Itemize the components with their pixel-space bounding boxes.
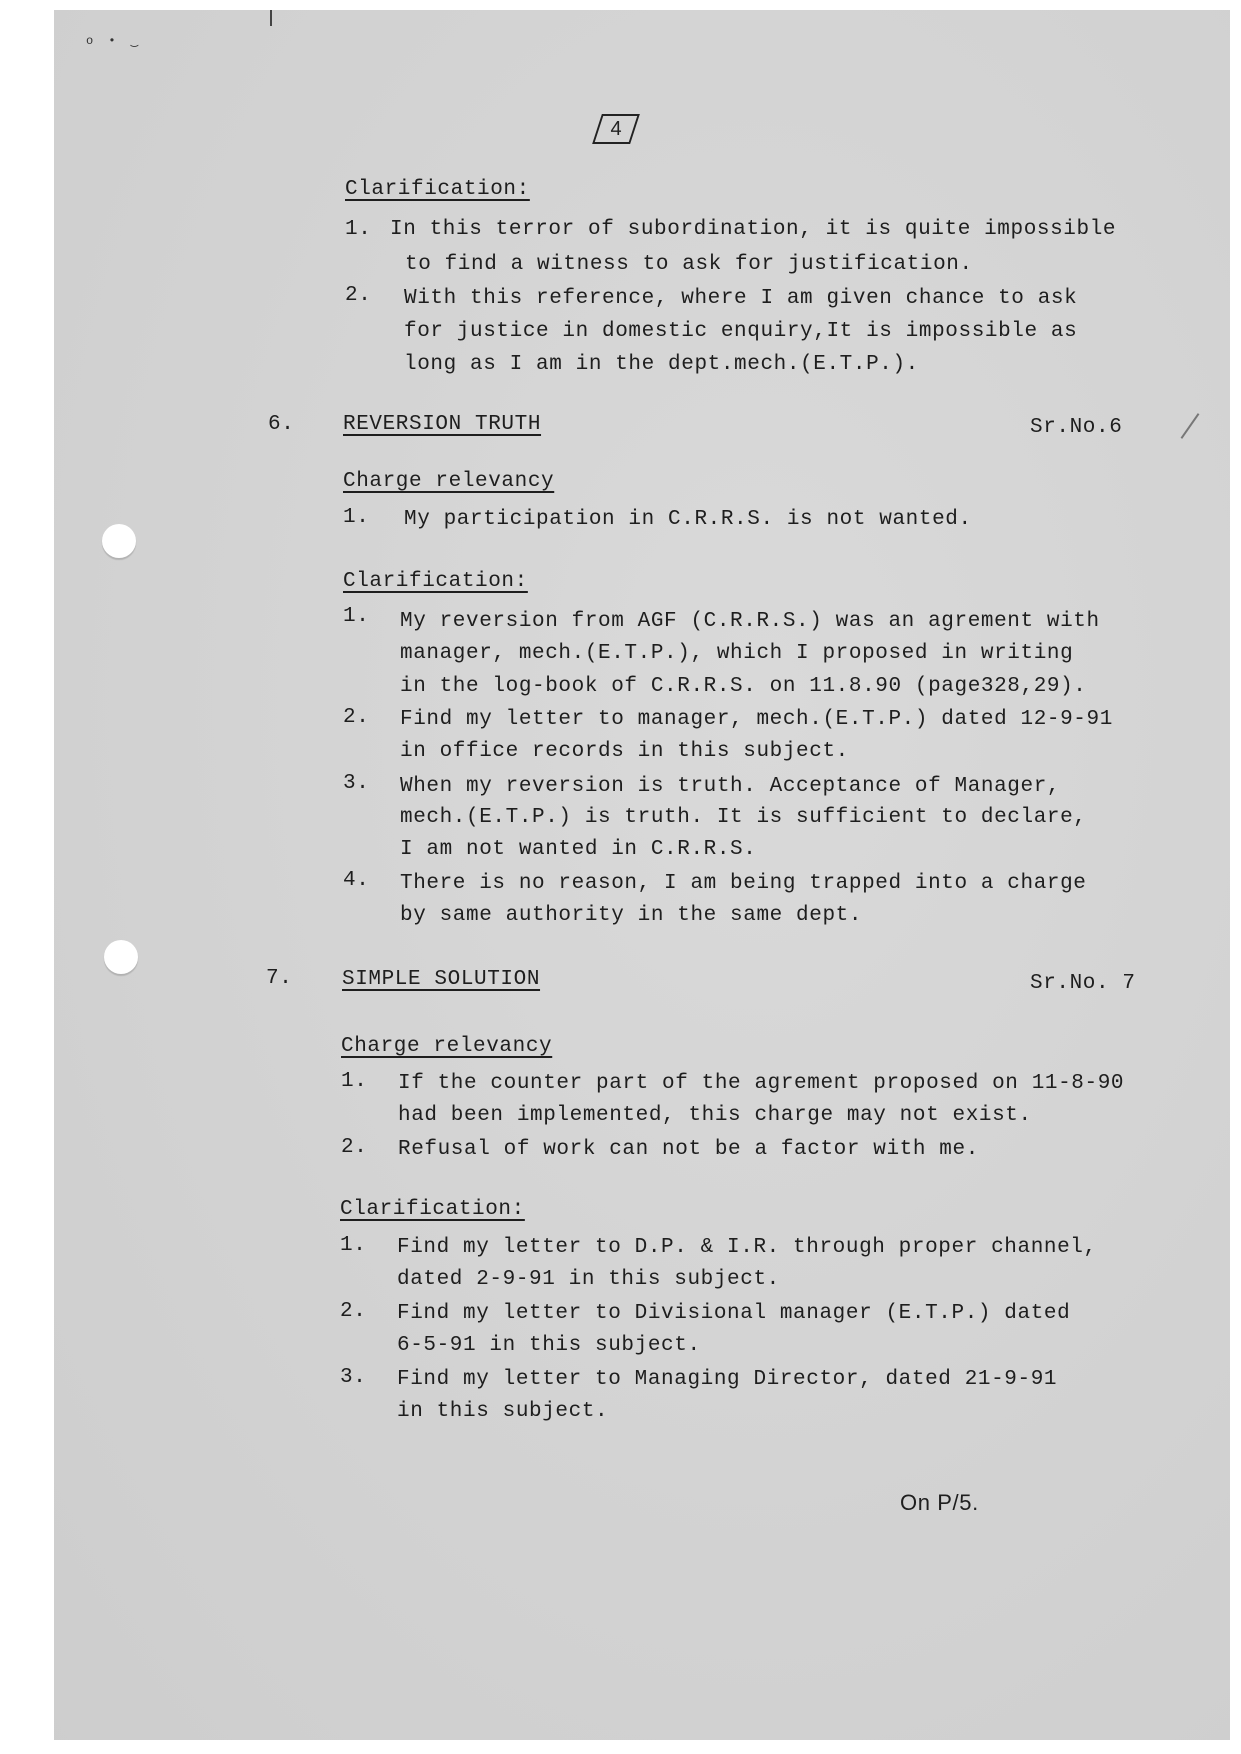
list-item-line: to find a witness to ask for justificati… xyxy=(405,253,973,276)
section-title: REVERSION TRUTH xyxy=(343,413,541,436)
list-item-line: dated 2-9-91 in this subject. xyxy=(397,1268,780,1291)
list-item-line: My reversion from AGF (C.R.R.S.) was an … xyxy=(400,610,1100,633)
list-item-line: My participation in C.R.R.S. is not want… xyxy=(404,508,972,531)
list-item-line: in this subject. xyxy=(397,1400,608,1423)
list-item-line: had been implemented, this charge may no… xyxy=(398,1104,1032,1127)
list-item-line: 6-5-91 in this subject. xyxy=(397,1334,701,1357)
list-number: 3. xyxy=(343,772,369,795)
list-number: 2. xyxy=(340,1300,366,1323)
list-item-line: by same authority in the same dept. xyxy=(400,904,862,927)
list-number: 1. xyxy=(343,605,369,628)
section-title: SIMPLE SOLUTION xyxy=(342,968,540,991)
serial-number: Sr.No. 7 xyxy=(1030,972,1136,995)
list-item-line: Find my letter to manager, mech.(E.T.P.)… xyxy=(400,708,1113,731)
list-item-line: I am not wanted in C.R.R.S. xyxy=(400,838,756,861)
list-number: 1. xyxy=(341,1070,367,1093)
clarification-heading: Clarification: xyxy=(343,570,528,593)
list-number: 2. xyxy=(341,1136,367,1159)
list-number: 4. xyxy=(343,869,369,892)
charge-relevancy-heading: Charge relevancy xyxy=(343,470,554,493)
continuation-note: On P/5. xyxy=(900,1490,979,1516)
list-item-line: long as I am in the dept.mech.(E.T.P.). xyxy=(404,353,919,376)
list-item-line: When my reversion is truth. Acceptance o… xyxy=(400,775,1060,798)
list-number: 1. xyxy=(345,218,371,241)
clarification-heading: Clarification: xyxy=(340,1198,525,1221)
page-number: 4 xyxy=(599,116,633,142)
list-item-line: Find my letter to D.P. & I.R. through pr… xyxy=(397,1236,1097,1259)
list-number: 2. xyxy=(343,706,369,729)
list-number: 1. xyxy=(343,506,369,529)
list-number: 3. xyxy=(340,1366,366,1389)
list-item-line: for justice in domestic enquiry,It is im… xyxy=(404,320,1077,343)
list-item-line: If the counter part of the agrement prop… xyxy=(398,1072,1124,1095)
clarification-heading: Clarification: xyxy=(345,178,530,201)
punch-hole-icon xyxy=(102,524,136,558)
list-item-line: mech.(E.T.P.) is truth. It is sufficient… xyxy=(400,806,1087,829)
charge-relevancy-heading: Charge relevancy xyxy=(341,1035,552,1058)
staple-marks: o • ‿ xyxy=(86,33,142,48)
punch-hole-icon xyxy=(104,940,138,974)
section-number: 7. xyxy=(266,967,292,990)
page-number-box: 4 xyxy=(592,114,640,144)
list-item-line: in office records in this subject. xyxy=(400,740,849,763)
list-number: 1. xyxy=(340,1234,366,1257)
list-item-line: Find my letter to Divisional manager (E.… xyxy=(397,1302,1070,1325)
list-item-line: Find my letter to Managing Director, dat… xyxy=(397,1368,1057,1391)
list-item-line: Refusal of work can not be a factor with… xyxy=(398,1138,979,1161)
section-number: 6. xyxy=(268,413,294,436)
list-item-line: There is no reason, I am being trapped i… xyxy=(400,872,1087,895)
list-number: 2. xyxy=(345,284,371,307)
list-item-line: With this reference, where I am given ch… xyxy=(404,287,1077,310)
list-item-line: manager, mech.(E.T.P.), which I proposed… xyxy=(400,642,1073,665)
serial-number: Sr.No.6 xyxy=(1030,416,1122,439)
list-item-line: In this terror of subordination, it is q… xyxy=(390,218,1116,241)
list-item-line: in the log-book of C.R.R.S. on 11.8.90 (… xyxy=(400,675,1087,698)
fold-mark xyxy=(270,10,272,26)
